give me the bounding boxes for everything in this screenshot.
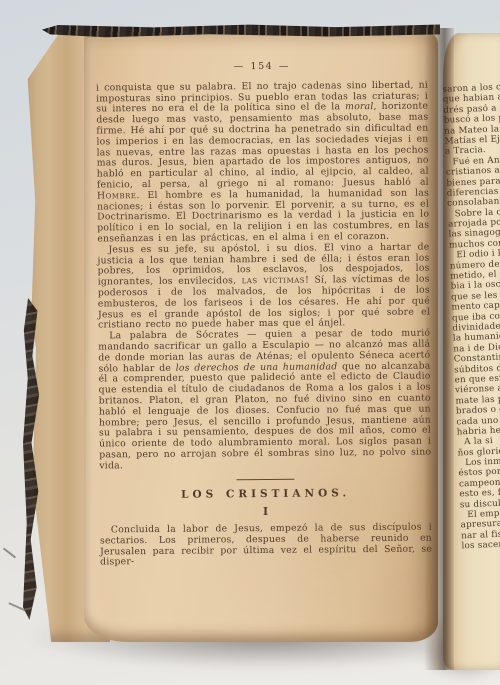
text-fragment-line: habria hech xyxy=(457,424,500,438)
left-page: — 154 — i conquista que su palabra. El n… xyxy=(84,30,438,642)
debris-mark xyxy=(3,548,16,559)
body-paragraph: i conquista que su palabra. El no trajo … xyxy=(96,80,429,245)
text-segment: las víctimas xyxy=(242,275,305,287)
text-segment: que no alcanzaba él a comprender, puesto… xyxy=(99,360,432,471)
text-segment: Hombre xyxy=(97,190,137,201)
gutter-shadow xyxy=(424,28,454,670)
section-divider xyxy=(236,479,294,481)
book-photo-scene: — 154 — i conquista que su palabra. El n… xyxy=(0,0,500,685)
body-paragraph: La palabra de Sócrates — quien a pesar d… xyxy=(98,329,431,472)
section-heading: LOS CRISTIANOS. xyxy=(100,488,432,502)
page-number: — 154 — xyxy=(96,61,428,75)
text-segment: . El hombre es la humanidad, la humanida… xyxy=(97,187,429,244)
text-fragment-line: los sacerdote xyxy=(461,538,500,552)
page-text-block: — 154 — i conquista que su palabra. El n… xyxy=(96,61,432,569)
body-paragraph: Jesus es su jefe, su apóstol, i su dios.… xyxy=(97,242,430,331)
text-segment: moral xyxy=(345,101,373,112)
text-segment: , horizonte desde luego mas vasto, pensa… xyxy=(96,101,429,190)
section-numeral: I xyxy=(100,506,432,520)
body-paragraph: Concluida la labor de Jesus, empezó la d… xyxy=(100,523,432,569)
